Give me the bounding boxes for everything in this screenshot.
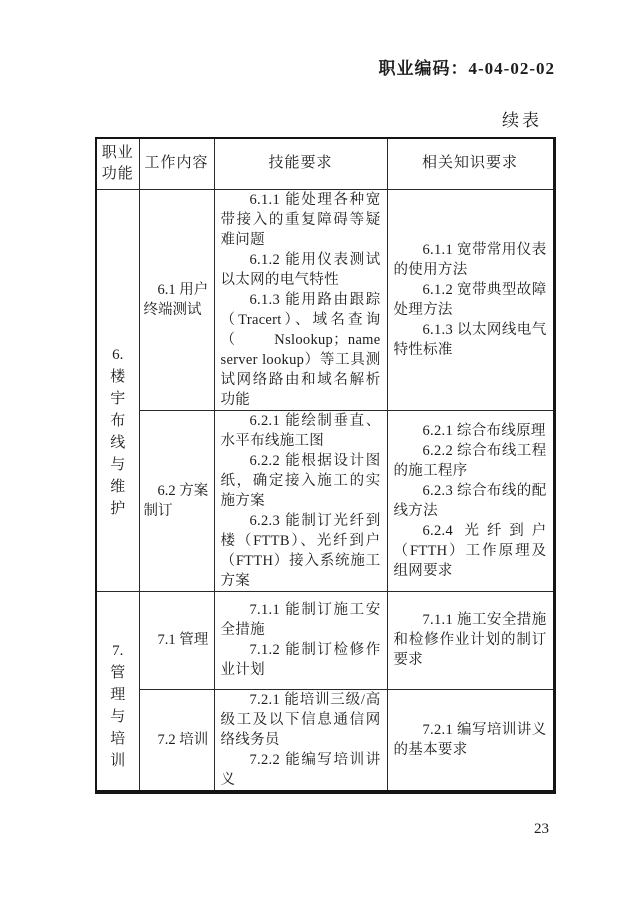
column-header-knowledge: 相关知识要求 (387, 138, 554, 189)
column-header-function: 职业功能 (96, 138, 139, 189)
skill-item: 7.2.1 能培训三级/高级工及以下信息通信网络线务员 (221, 690, 381, 750)
function-cell: 7.管理与培训 (96, 591, 139, 792)
function-name-char: 维 (98, 476, 138, 498)
skill-item: 7.1.1 能制订施工安全措施 (221, 600, 381, 640)
function-name-char: 管 (98, 662, 138, 684)
column-header-work-content: 工作内容 (139, 138, 214, 189)
function-name-char: 与 (98, 706, 138, 728)
continued-table-label: 续表 (502, 106, 542, 131)
work-content-label: 6.2 方案制订 (141, 481, 213, 521)
work-content-label: 7.2 培训 (141, 730, 213, 750)
function-name-char: 训 (98, 750, 138, 772)
skill-item: 6.2.2 能根据设计图纸，确定接入施工的实施方案 (221, 451, 381, 511)
function-name-char: 与 (98, 454, 138, 476)
skill-item: 7.2.2 能编写培训讲义 (221, 750, 381, 790)
function-name-char: 宇 (98, 388, 138, 410)
knowledge-cell: 7.1.1 施工安全措施和检修作业计划的制订要求 (387, 591, 554, 689)
function-cell: 6.楼宇布线与维护 (96, 189, 139, 591)
skill-item: 7.1.2 能制订检修作业计划 (221, 640, 381, 680)
work-content-cell: 7.1 管理 (139, 591, 214, 689)
table-row: 6.楼宇布线与维护6.1 用户终端测试6.1.1 能处理各种宽带接入的重复障碍等… (96, 189, 554, 410)
skills-cell: 7.2.1 能培训三级/高级工及以下信息通信网络线务员7.2.2 能编写培训讲义 (214, 689, 387, 792)
table-row: 7.管理与培训7.1 管理7.1.1 能制订施工安全措施7.1.2 能制订检修作… (96, 591, 554, 689)
knowledge-item: 6.1.3 以太网线电气特性标准 (394, 320, 547, 360)
skill-item: 6.2.3 能制订光纤到楼（FTTB）、光纤到户（FTTH）接入系统施工方案 (221, 511, 381, 591)
table-row: 7.2 培训7.2.1 能培训三级/高级工及以下信息通信网络线务员7.2.2 能… (96, 689, 554, 792)
knowledge-cell: 7.2.1 编写培训讲义的基本要求 (387, 689, 554, 792)
knowledge-item: 6.2.2 综合布线工程的施工程序 (394, 441, 547, 481)
function-name-char: 线 (98, 432, 138, 454)
knowledge-cell: 6.1.1 宽带常用仪表的使用方法6.1.2 宽带典型故障处理方法6.1.3 以… (387, 189, 554, 410)
knowledge-item: 6.1.2 宽带典型故障处理方法 (394, 280, 547, 320)
skills-cell: 6.2.1 能绘制垂直、水平布线施工图6.2.2 能根据设计图纸，确定接入施工的… (214, 410, 387, 591)
work-content-cell: 6.2 方案制订 (139, 410, 214, 591)
knowledge-cell: 6.2.1 综合布线原理6.2.2 综合布线工程的施工程序6.2.3 综合布线的… (387, 410, 554, 591)
work-content-cell: 7.2 培训 (139, 689, 214, 792)
skill-item: 6.1.3 能用路由跟踪（Tracert）、域名查询（Nslookup；name… (221, 290, 381, 410)
skill-item: 6.1.1 能处理各种宽带接入的重复障碍等疑难问题 (221, 190, 381, 250)
page-number: 23 (534, 821, 549, 838)
knowledge-item: 6.2.1 综合布线原理 (394, 421, 547, 441)
knowledge-item: 7.1.1 施工安全措施和检修作业计划的制订要求 (394, 610, 547, 670)
skills-cell: 7.1.1 能制订施工安全措施7.1.2 能制订检修作业计划 (214, 591, 387, 689)
function-number: 7. (98, 640, 138, 662)
function-vertical-label: 6.楼宇布线与维护 (98, 344, 138, 520)
function-name-char: 培 (98, 728, 138, 750)
work-content-cell: 6.1 用户终端测试 (139, 189, 214, 410)
function-name-char: 护 (98, 498, 138, 520)
function-number: 6. (98, 344, 138, 366)
requirements-table: 职业功能 工作内容 技能要求 相关知识要求 6.楼宇布线与维护6.1 用户终端测… (95, 137, 556, 794)
function-name-char: 楼 (98, 366, 138, 388)
function-vertical-label: 7.管理与培训 (98, 640, 138, 772)
table-header-row: 职业功能 工作内容 技能要求 相关知识要求 (96, 138, 554, 189)
occupation-code-text: 职业编码：4-04-02-02 (379, 54, 555, 79)
function-name-char: 布 (98, 410, 138, 432)
knowledge-item: 6.2.3 综合布线的配线方法 (394, 481, 547, 521)
function-name-char: 理 (98, 684, 138, 706)
column-header-skills: 技能要求 (214, 138, 387, 189)
table-row: 6.2 方案制订6.2.1 能绘制垂直、水平布线施工图6.2.2 能根据设计图纸… (96, 410, 554, 591)
knowledge-item: 6.1.1 宽带常用仪表的使用方法 (394, 240, 547, 280)
skill-item: 6.1.2 能用仪表测试以太网的电气特性 (221, 250, 381, 290)
skill-item: 6.2.1 能绘制垂直、水平布线施工图 (221, 411, 381, 451)
knowledge-item: 6.2.4 光纤到户（FTTH）工作原理及组网要求 (394, 521, 547, 581)
work-content-label: 6.1 用户终端测试 (141, 280, 213, 320)
work-content-label: 7.1 管理 (141, 630, 213, 650)
table-body: 6.楼宇布线与维护6.1 用户终端测试6.1.1 能处理各种宽带接入的重复障碍等… (96, 189, 554, 792)
skills-cell: 6.1.1 能处理各种宽带接入的重复障碍等疑难问题6.1.2 能用仪表测试以太网… (214, 189, 387, 410)
knowledge-item: 7.2.1 编写培训讲义的基本要求 (394, 720, 547, 760)
